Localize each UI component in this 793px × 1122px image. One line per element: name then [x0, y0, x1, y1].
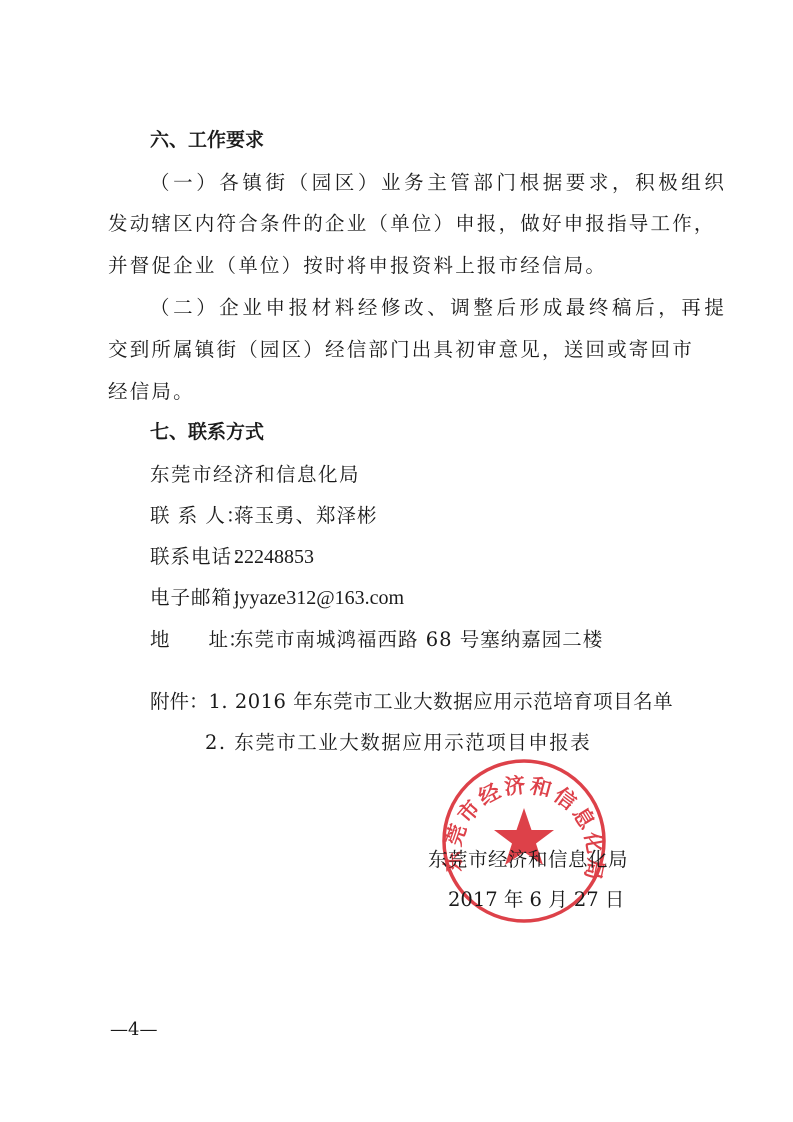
section-heading-work-requirements: 六、工作要求 — [150, 128, 264, 152]
contact-person-value: 蒋玉勇、郑泽彬 — [234, 504, 378, 527]
attachment-item: 2. 东莞市工业大数据应用示范项目申报表 — [205, 731, 591, 755]
email-value: jyyaze312@163.com — [234, 587, 404, 609]
attachment-item: 1. 2016 年东莞市工业大数据应用示范培育项目名单 — [209, 690, 674, 713]
contact-address-row: 地 址：东莞市南城鸿福西路 68 号塞纳嘉园二楼 — [150, 628, 603, 652]
phone-value: 22248853 — [234, 546, 314, 568]
email-label: 电子邮箱： — [150, 586, 234, 610]
attachments-label: 附件： — [150, 690, 209, 713]
contact-org: 东莞市经济和信息化局 — [150, 463, 360, 487]
attachments-row-1: 附件：1. 2016 年东莞市工业大数据应用示范培育项目名单 — [150, 690, 673, 714]
contact-person-label: 联 系 人： — [150, 504, 234, 528]
paragraph-line: 交到所属镇街（园区）经信部门出具初审意见，送回或寄回市 — [108, 338, 694, 362]
contact-phone-row: 联系电话：22248853 — [150, 545, 314, 569]
paragraph-line: 发动辖区内符合条件的企业（单位）申报，做好申报指导工作， — [108, 212, 716, 236]
signature-org: 东莞市经济和信息化局 — [428, 848, 628, 872]
paragraph-line: （一）各镇街（园区）业务主管部门根据要求，积极组织 — [150, 171, 728, 195]
page-number: —4— — [110, 1018, 157, 1042]
signature-date: 2017 年 6 月 27 日 — [448, 888, 624, 912]
contact-person-row: 联 系 人：蒋玉勇、郑泽彬 — [150, 504, 378, 528]
phone-label: 联系电话： — [150, 545, 234, 569]
section-heading-contact: 七、联系方式 — [150, 420, 264, 444]
contact-email-row: 电子邮箱：jyyaze312@163.com — [150, 586, 404, 610]
paragraph-line: 经信局。 — [108, 380, 195, 404]
paragraph-line: 并督促企业（单位）按时将申报资料上报市经信局。 — [108, 254, 607, 278]
address-value: 东莞市南城鸿福西路 68 号塞纳嘉园二楼 — [234, 628, 603, 651]
paragraph-line: （二）企业申报材料经修改、调整后形成最终稿后，再提 — [150, 296, 728, 320]
address-label: 地 址： — [150, 628, 234, 652]
